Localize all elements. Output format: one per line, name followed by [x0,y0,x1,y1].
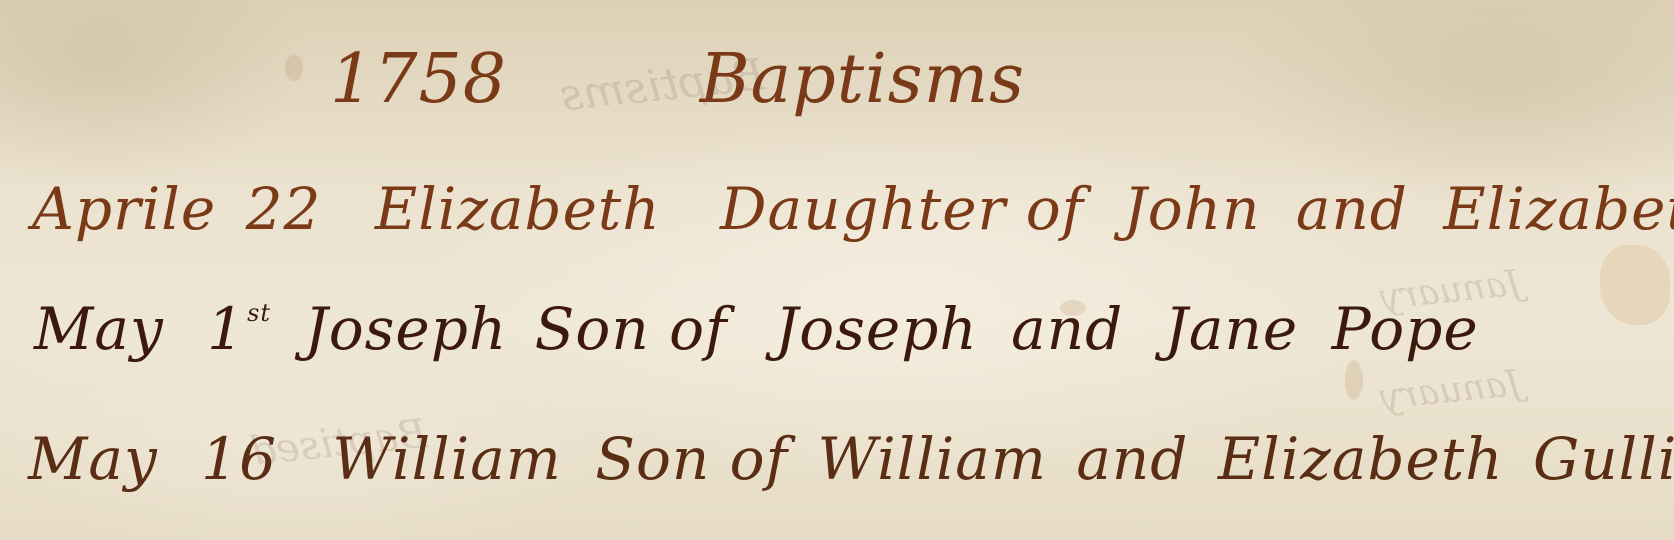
entry-child-name: Elizabeth [375,175,661,243]
ink-stain [285,55,303,81]
entry-day: 16 [201,425,277,493]
entry-surname: Gulliver [1533,425,1674,493]
paper-repair-patch [1600,245,1670,325]
entry-conjunction: and [1296,175,1408,243]
entry-relation: Son of [535,295,728,363]
entry-mother: Elizabeth [1218,425,1504,493]
entry-month: May [28,425,158,493]
register-heading: 1758 Baptisms [330,40,1047,119]
entry-day-suffix: st [247,299,271,327]
entry-child-name: William [332,425,561,493]
heading-year: 1758 [330,40,507,119]
entry-day: 1 [207,295,245,363]
entry-mother: Jane [1165,295,1299,363]
entry-surname: Pope [1332,295,1479,363]
entry-conjunction: and [1011,295,1123,363]
bleed-through-text: January [1378,363,1523,419]
entry-month: May [34,295,164,363]
entry-mother: Elizabeth [1443,175,1674,243]
entry-father: John [1124,175,1261,243]
entry-child-name: Joseph [304,295,507,363]
register-page: Baptisms January January Baptised 1758 B… [0,0,1674,540]
entry-relation: Son of [595,425,788,493]
entry-father: William [818,425,1047,493]
entry-month: Aprile [32,175,216,243]
entry-relation: Daughter of [720,175,1084,243]
baptism-entry: Aprile 22 Elizabeth Daughter of John and… [32,175,1674,243]
baptism-entry: May 16 William Son of William and Elizab… [28,425,1674,493]
entry-conjunction: and [1076,425,1188,493]
entry-day: 22 [246,175,322,243]
heading-title: Baptisms [700,40,1025,119]
entry-father: Joseph [775,295,978,363]
ink-stain [1345,360,1363,400]
baptism-entry: May 1st Joseph Son of Joseph and Jane Po… [34,295,1501,363]
